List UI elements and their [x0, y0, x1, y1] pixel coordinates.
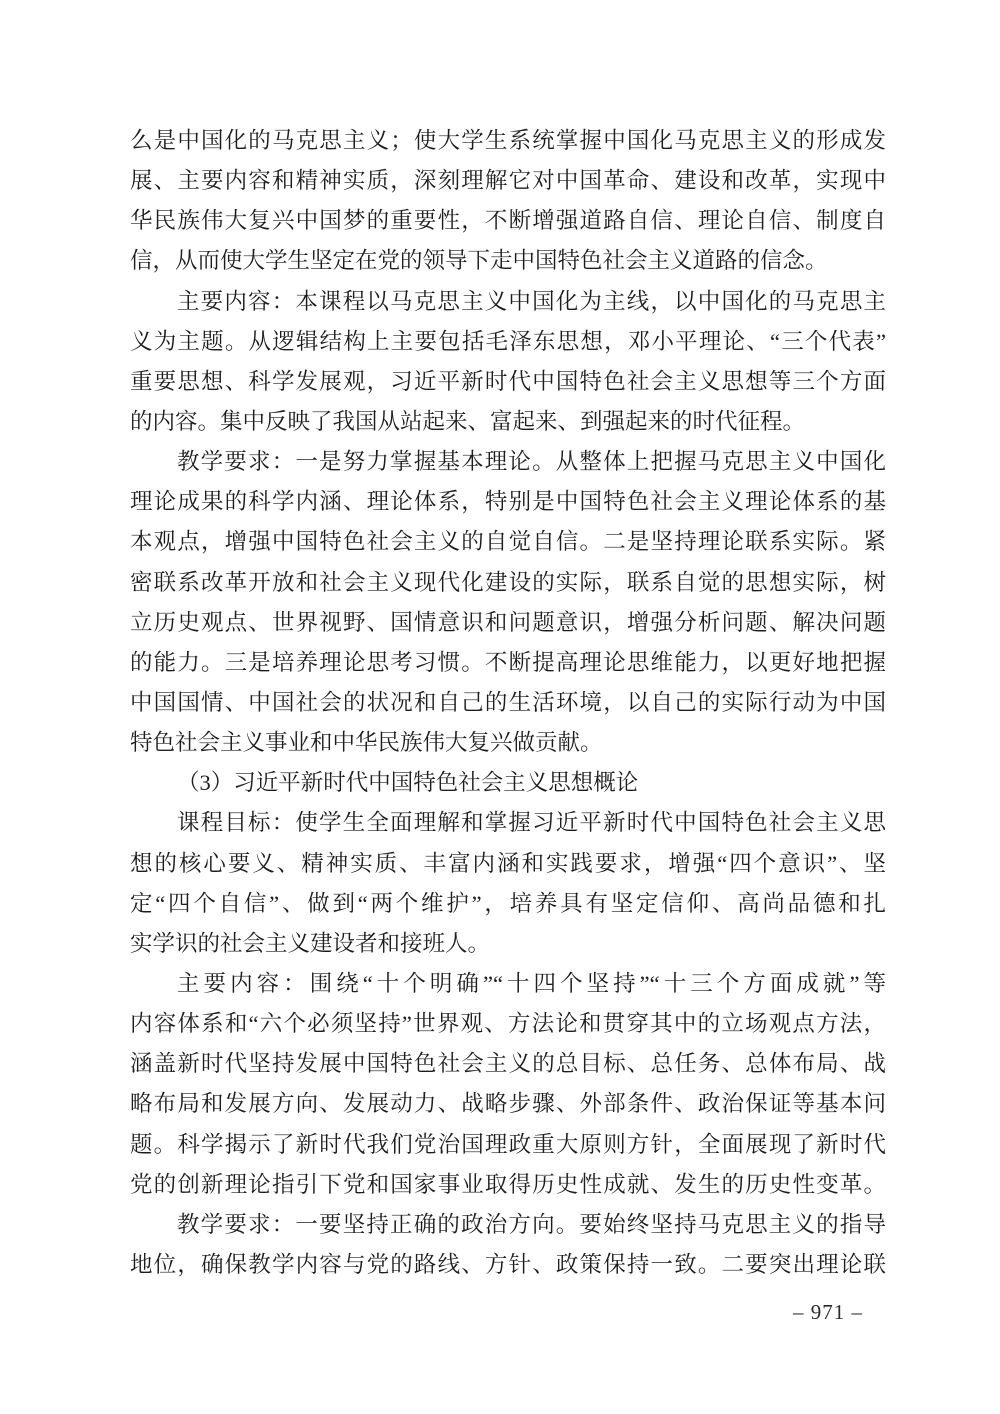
text-line: 义为主题。从逻辑结构上主要包括毛泽东思想，邓小平理论、“三个代表” [130, 322, 886, 362]
text-line: 理论成果的科学内涵、理论体系，特别是中国特色社会主义理论体系的基 [130, 482, 886, 522]
text-line: 中国国情、中国社会的状况和自己的生活环境，以自己的实际行动为中国 [130, 683, 886, 723]
text-line: 密联系改革开放和社会主义现代化建设的实际，联系自觉的思想实际，树 [130, 563, 886, 603]
page-body: 么是中国化的马克思主义；使大学生系统掌握中国化马克思主义的形成发 展、主要内容和… [130, 121, 886, 1285]
text-line: 教学要求：一要坚持正确的政治方向。要始终坚持马克思主义的指导 [130, 1205, 886, 1245]
text-line: 么是中国化的马克思主义；使大学生系统掌握中国化马克思主义的形成发 [130, 121, 886, 161]
text-line: 定“四个自信”、做到“两个维护”，培养具有坚定信仰、高尚品德和扎 [130, 884, 886, 924]
text-line: 重要思想、科学发展观，习近平新时代中国特色社会主义思想等三个方面 [130, 362, 886, 402]
text-line: 党的创新理论指引下党和国家事业取得历史性成就、发生的历史性变革。 [130, 1165, 886, 1205]
text-line: 题。科学揭示了新时代我们党治国理政重大原则方针，全面展现了新时代 [130, 1125, 886, 1165]
text-line: 课程目标：使学生全面理解和掌握习近平新时代中国特色社会主义思 [130, 803, 886, 843]
text-line: 内容体系和“六个必须坚持”世界观、方法论和贯穿其中的立场观点方法， [130, 1004, 886, 1044]
page-number: – 971 – [793, 1299, 863, 1325]
text-line: 想的核心要义、精神实质、丰富内涵和实践要求，增强“四个意识”、坚 [130, 844, 886, 884]
text-line: 的能力。三是培养理论思考习惯。不断提高理论思维能力，以更好地把握 [130, 643, 886, 683]
text-line: 展、主要内容和精神实质，深刻理解它对中国革命、建设和改革，实现中 [130, 161, 886, 201]
text-line: 教学要求：一是努力掌握基本理论。从整体上把握马克思主义中国化 [130, 442, 886, 482]
text-line: 的内容。集中反映了我国从站起来、富起来、到强起来的时代征程。 [130, 402, 886, 442]
section-heading-line: （3）习近平新时代中国特色社会主义思想概论 [130, 763, 886, 803]
text-line: 涵盖新时代坚持发展中国特色社会主义的总目标、总任务、总体布局、战 [130, 1044, 886, 1084]
text-line: 主要内容：本课程以马克思主义中国化为主线，以中国化的马克思主 [130, 282, 886, 322]
document-page: 么是中国化的马克思主义；使大学生系统掌握中国化马克思主义的形成发 展、主要内容和… [0, 0, 1000, 1414]
text-line: 主要内容：围绕“十个明确”“十四个坚持”“十三个方面成就”等 [130, 964, 886, 1004]
text-line: 地位，确保教学内容与党的路线、方针、政策保持一致。二要突出理论联 [130, 1245, 886, 1285]
text-line: 略布局和发展方向、发展动力、战略步骤、外部条件、政治保证等基本问 [130, 1084, 886, 1124]
text-line: 华民族伟大复兴中国梦的重要性，不断增强道路自信、理论自信、制度自 [130, 201, 886, 241]
text-line: 特色社会主义事业和中华民族伟大复兴做贡献。 [130, 723, 886, 763]
text-line: 本观点，增强中国特色社会主义的自觉自信。二是坚持理论联系实际。紧 [130, 522, 886, 562]
text-line: 立历史观点、世界视野、国情意识和问题意识，增强分析问题、解决问题 [130, 603, 886, 643]
text-line: 信，从而使大学生坚定在党的领导下走中国特色社会主义道路的信念。 [130, 241, 886, 281]
text-line: 实学识的社会主义建设者和接班人。 [130, 924, 886, 964]
